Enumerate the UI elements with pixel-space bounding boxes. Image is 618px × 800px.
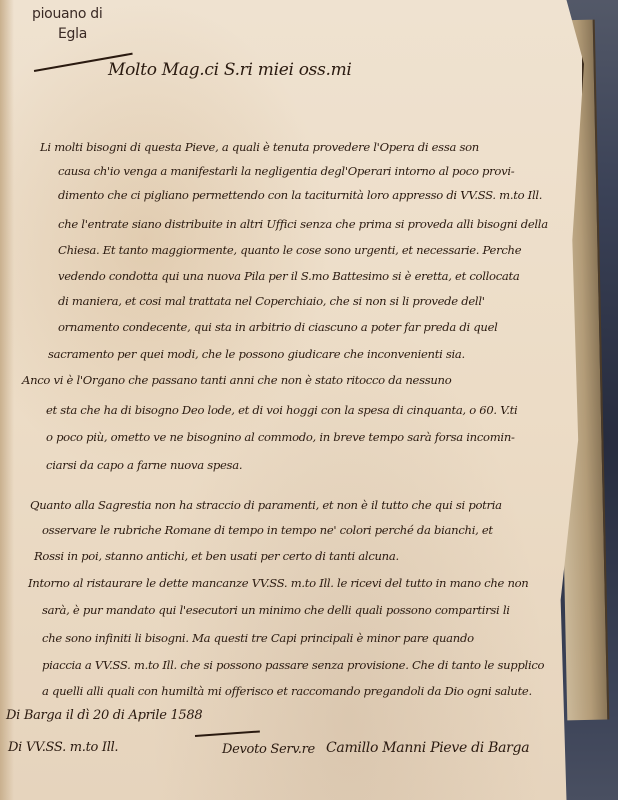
margin-note-line-1: piouano di [32, 6, 102, 22]
date-underline [195, 730, 260, 736]
body-line: dimento che ci pigliano permettendo con … [58, 188, 542, 202]
body-line: o poco più, ometto ve ne bisognino al co… [46, 430, 515, 444]
margin-note-line-2: Egla [58, 26, 87, 42]
body-line: osservare le rubriche Romane di tempo in… [42, 523, 493, 537]
body-line: Anco vi è l'Organo che passano tanti ann… [22, 373, 451, 387]
body-line: che l'entrate siano distribuite in altri… [58, 217, 548, 231]
date-line: Di Barga il dì 20 di Aprile 1588 [6, 708, 202, 723]
body-line: vedendo condotta qui una nuova Pila per … [58, 269, 520, 283]
body-line: sacramento per quei modi, che le possono… [48, 347, 465, 361]
body-line: Rossi in poi, stanno antichi, et ben usa… [34, 549, 399, 563]
body-line: causa ch'io venga a manifestarli la negl… [58, 164, 514, 178]
body-line: sarà, è pur mandato qui l'esecutori un m… [42, 603, 510, 617]
signature: Camillo Manni Pieve di Barga [326, 740, 529, 756]
body-line: piaccia a VV.SS. m.to Ill. che si posson… [42, 658, 544, 672]
body-line: ciarsi da capo a farne nuova spesa. [46, 458, 242, 472]
body-line: Intorno al ristaurare le dette mancanze … [28, 576, 528, 590]
body-line: che sono infiniti li bisogni. Ma questi … [42, 631, 474, 645]
body-line: ornamento condecente, qui sta in arbitri… [58, 320, 498, 334]
body-line: a quelli alli quali con humiltà mi offer… [42, 684, 532, 698]
body-line: di maniera, et cosi mal trattata nel Cop… [58, 294, 485, 308]
body-line: Li molti bisogni di questa Pieve, a qual… [40, 140, 479, 154]
body-line: et sta che ha di bisogno Deo lode, et di… [46, 403, 517, 417]
salutation: Molto Mag.ci S.ri miei oss.mi [108, 60, 352, 80]
manuscript-page: piouano di Egla Molto Mag.ci S.ri miei o… [0, 0, 584, 800]
binding-stain [0, 0, 14, 800]
body-line: Quanto alla Sagrestia non ha straccio di… [30, 498, 502, 512]
body-line: Chiesa. Et tanto maggiormente, quanto le… [58, 243, 521, 257]
closing-left: Di VV.SS. m.to Ill. [8, 740, 118, 755]
closing-right: Devoto Serv.re [222, 742, 315, 757]
